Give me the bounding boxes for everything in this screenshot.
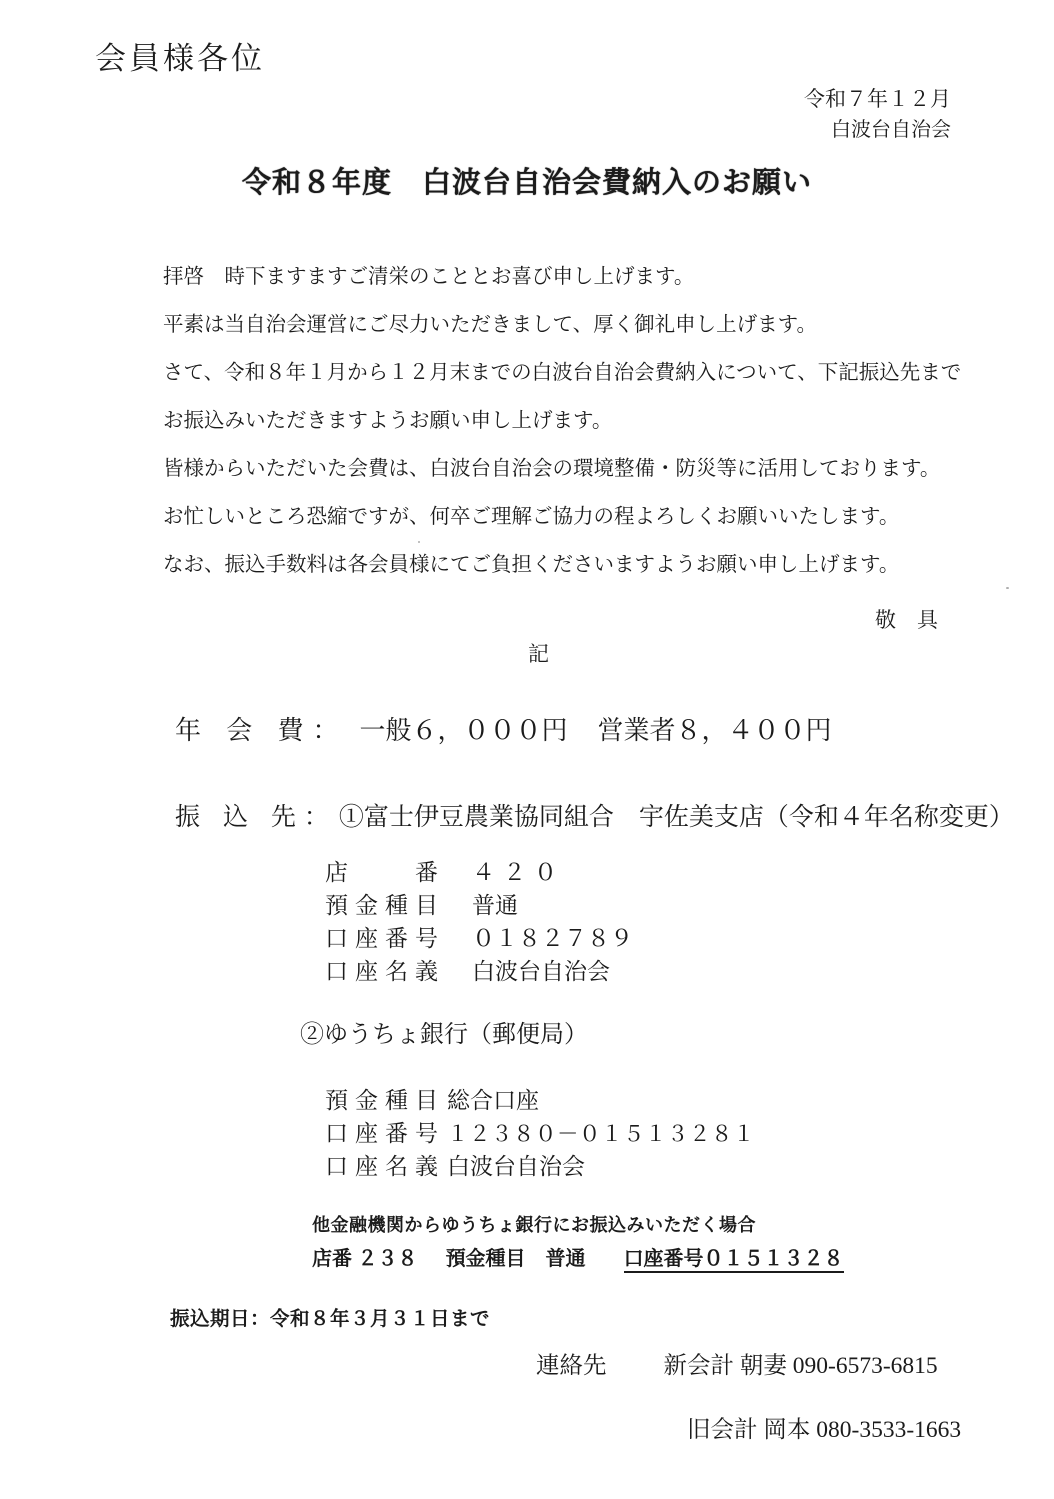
row-value-branch-number: ４２０: [472, 859, 565, 885]
transfer-destination-label: 振 込 先：: [175, 803, 337, 831]
other-bank-note-detail: 店番 ２３８預金種目 普通口座番号０１５１３２８: [312, 1242, 844, 1271]
row-label: 預金種目: [325, 1084, 438, 1117]
row-label: 口座名義: [325, 955, 438, 988]
body-line: 拝啓 時下ますますご清栄のこととお喜び申し上げます。: [163, 253, 961, 301]
bank1-details: 店 番４２０ 預金種目普通 口座番号０１８２７８９ 口座名義白波台自治会: [325, 856, 633, 988]
body-line: さて、令和８年１月から１２月末までの白波台自治会費納入について、下記振込先まで: [163, 349, 961, 397]
note-deposit-type: 預金種目 普通: [446, 1248, 586, 1270]
document-title: 令和８年度 白波台自治会費納入のお願い: [0, 160, 1054, 201]
greeting-body: 拝啓 時下ますますご清栄のこととお喜び申し上げます。 平素は当自治会運営にご尽力…: [163, 253, 961, 589]
bank-detail-row: 口座番号１２３８０－０１５１３２８１: [325, 1117, 755, 1150]
row-label: 預金種目: [325, 889, 438, 922]
annual-fee-line: 年 会 費：一般６，０００円営業者８，４００円: [175, 710, 831, 747]
annual-fee-business: 営業者８，４００円: [597, 715, 831, 745]
recipient-line: 会員様各位: [95, 33, 265, 78]
new-accountant-contact: 新会計 朝妻 090-6573-6815: [664, 1353, 938, 1379]
contact-label: 連絡先: [536, 1353, 607, 1379]
row-label: 店 番: [325, 856, 438, 889]
transfer-destination-line: 振 込 先：①富士伊豆農業協同組合 宇佐美支店（令和４年名称変更）: [175, 797, 1014, 833]
scan-artifact: [1006, 587, 1009, 589]
body-line: お忙しいところ恐縮ですが、何卒ご理解ご協力の程よろしくお願いいたします。: [163, 493, 961, 541]
row-value-account-number: ０１８２７８９: [472, 925, 633, 951]
bank2-details: 預金種目総合口座 口座番号１２３８０－０１５１３２８１ 口座名義白波台自治会: [325, 1084, 755, 1183]
row-label: 口座番号: [325, 1117, 438, 1150]
payment-deadline: 振込期日：令和８年３月３１日まで: [170, 1303, 490, 1331]
contact-line-new: 連絡先新会計 朝妻 090-6573-6815: [536, 1346, 938, 1380]
body-line: 皆様からいただいた会費は、白波台自治会の環境整備・防災等に活用しております。: [163, 445, 961, 493]
bank1-name: ①富士伊豆農業協同組合 宇佐美支店（令和４年名称変更）: [339, 803, 1014, 831]
old-accountant-contact: 旧会計 岡本 080-3533-1663: [687, 1410, 961, 1444]
body-line: なお、振込手数料は各会員様にてご負担くださいますようお願い申し上げます。: [163, 541, 961, 589]
scan-artifact: [520, 315, 523, 318]
row-value-account-number: １２３８０－０１５１３２８１: [447, 1122, 755, 1146]
date-sender-block: 令和７年１２月 白波台自治会: [804, 84, 951, 146]
row-value-account-holder: 白波台自治会: [447, 1153, 585, 1179]
issue-date: 令和７年１２月: [804, 84, 951, 115]
body-line: お振込みいただきますようお願い申し上げます。: [163, 397, 961, 445]
bank-detail-row: 預金種目総合口座: [325, 1084, 755, 1117]
annual-fee-label: 年 会 費：: [175, 715, 347, 745]
bank-detail-row: 口座番号０１８２７８９: [325, 922, 633, 955]
bank-detail-row: 預金種目普通: [325, 889, 633, 922]
sender-name: 白波台自治会: [804, 115, 951, 146]
note-branch-number: 店番 ２３８: [312, 1248, 418, 1270]
annual-fee-general: 一般６，０００円: [359, 715, 567, 745]
row-label: 口座番号: [325, 922, 438, 955]
bank-detail-row: 口座名義白波台自治会: [325, 955, 633, 988]
scan-artifact: [418, 541, 420, 543]
row-value-account-holder: 白波台自治会: [472, 958, 610, 984]
scanned-document-page: 会員様各位 令和７年１２月 白波台自治会 令和８年度 白波台自治会費納入のお願い…: [0, 0, 1054, 1499]
note-account-number-underlined: 口座番号０１５１３２８: [624, 1248, 844, 1273]
row-label: 口座名義: [325, 1150, 438, 1183]
closing-salutation: 敬 具: [875, 604, 938, 634]
bank-detail-row: 店 番４２０: [325, 856, 633, 889]
bank2-name: ②ゆうちょ銀行（郵便局）: [300, 1014, 588, 1049]
bank-detail-row: 口座名義白波台自治会: [325, 1150, 755, 1183]
row-value-deposit-type: 総合口座: [447, 1087, 539, 1113]
row-value-deposit-type: 普通: [472, 892, 518, 918]
body-line: 平素は当自治会運営にご尽力いただきまして、厚く御礼申し上げます。: [163, 301, 961, 349]
other-bank-note-title: 他金融機関からゆうちょ銀行にお振込みいただく場合: [312, 1211, 756, 1237]
record-marker: 記: [528, 638, 549, 668]
